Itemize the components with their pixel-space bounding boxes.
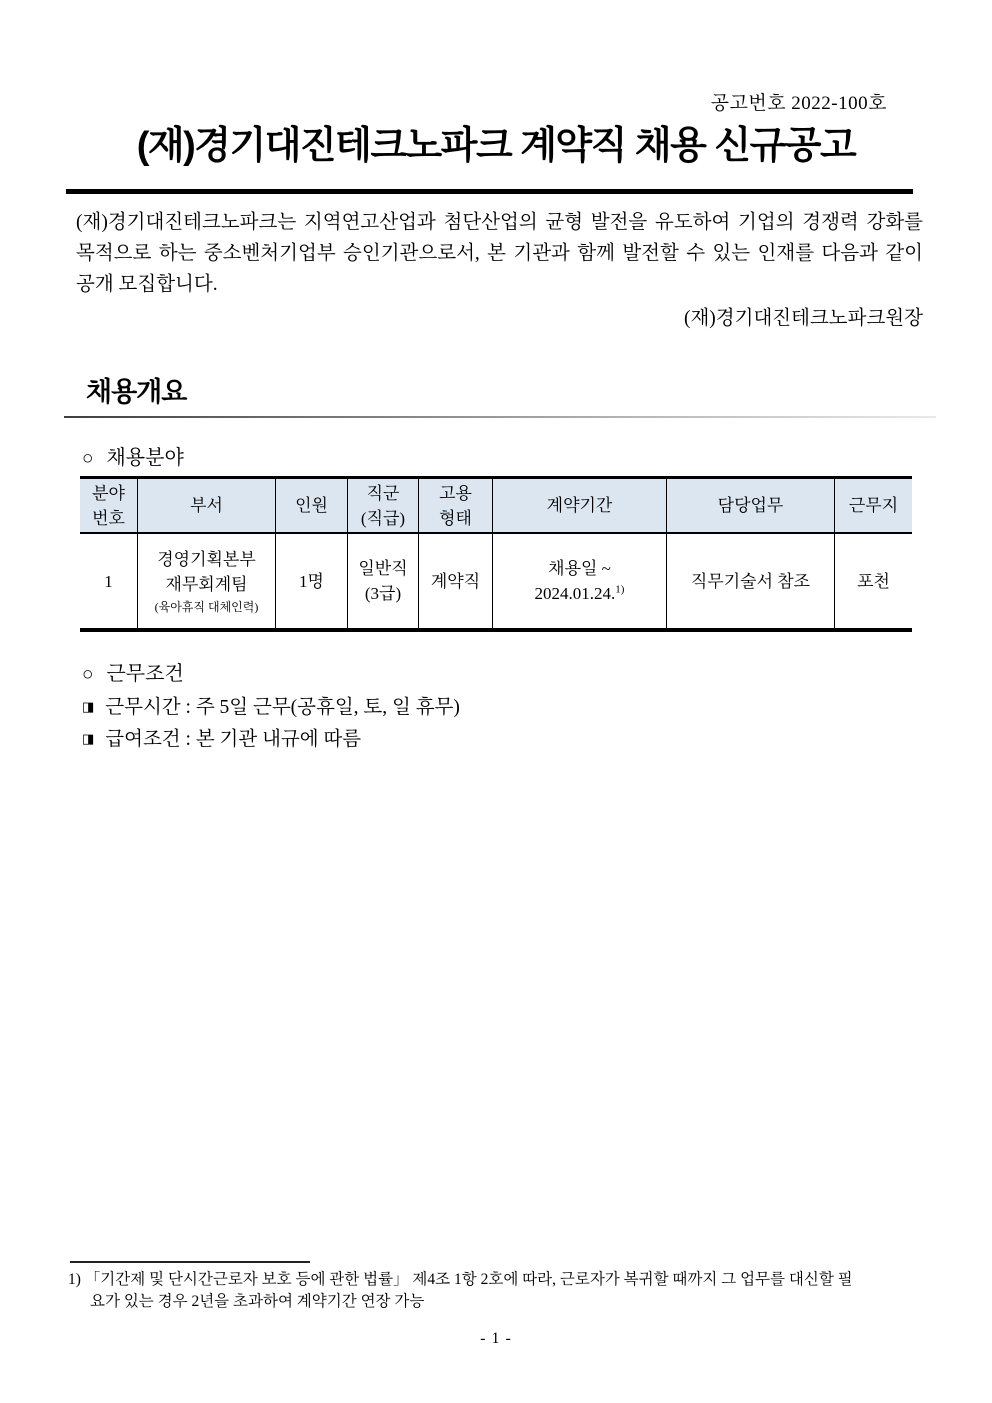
- col-header-department: 부서: [138, 479, 276, 534]
- work-condition-item-hours: ◨근무시간 : 주 5일 근무(공휴일, 토, 일 휴무): [82, 691, 460, 719]
- page-number: - 1 -: [0, 1330, 992, 1348]
- cell-work-location: 포천: [835, 534, 912, 628]
- cell-duty: 직무기술서 참조: [667, 534, 835, 628]
- footnote-separator-rule: [70, 1261, 310, 1263]
- work-condition-item-pay: ◨급여조건 : 본 기관 내규에 따름: [82, 723, 361, 751]
- col-header-employment-type: 고용 형태: [419, 479, 493, 534]
- document-page: 공고번호 2022-100호 (재)경기대진테크노파크 계약직 채용 신규공고 …: [0, 0, 992, 1403]
- section-heading-recruit-overview: 채용개요: [86, 370, 186, 409]
- subsection-work-conditions-label: 근무조건: [106, 663, 183, 685]
- subsection-recruit-fields: ○채용분야: [82, 441, 184, 470]
- cell-department: 경영기획본부 재무회계팀 (육아휴직 대체인력): [138, 534, 276, 628]
- subsection-work-conditions: ○근무조건: [82, 657, 184, 686]
- circle-marker-icon: ○: [82, 664, 93, 685]
- title-divider-rule: [66, 189, 913, 194]
- col-header-job-group: 직군 (직급): [348, 479, 419, 534]
- cell-job-group: 일반직 (3급): [348, 534, 419, 628]
- footnote: 1) 「기간제 및 단시간근로자 보호 등에 관한 법률」 제4조 1항 2호에…: [68, 1269, 948, 1313]
- signature-line: (재)경기대진테크노파크원장: [76, 302, 923, 330]
- col-header-field-no: 분야 번호: [80, 479, 138, 534]
- cell-department-note: (육아휴직 대체인력): [155, 599, 259, 616]
- subsection-recruit-fields-label: 채용분야: [106, 447, 183, 469]
- col-header-work-location: 근무지: [835, 479, 912, 534]
- half-filled-square-bullet-icon: ◨: [82, 699, 94, 714]
- notice-number: 공고번호 2022-100호: [711, 88, 887, 115]
- cell-contract-period: 채용일 ~ 2024.01.24.1): [493, 534, 667, 628]
- col-header-contract-period: 계약기간: [493, 479, 667, 534]
- footnote-number: 1): [68, 1271, 81, 1288]
- half-filled-square-bullet-icon: ◨: [82, 731, 94, 746]
- col-header-headcount: 인원: [276, 479, 348, 534]
- cell-field-no: 1: [80, 534, 138, 628]
- cell-employment-type: 계약직: [419, 534, 493, 628]
- footnote-reference: 1): [615, 583, 624, 595]
- document-title: (재)경기대진테크노파크 계약직 채용 신규공고: [40, 114, 952, 169]
- col-header-duty: 담당업무: [667, 479, 835, 534]
- recruit-table: 분야 번호 부서 인원 직군 (직급) 고용 형태 계약기간 담당업무 근무지: [80, 476, 912, 632]
- section-underline: [64, 416, 936, 418]
- intro-paragraph: (재)경기대진테크노파크는 지역연고산업과 첨단산업의 균형 발전을 유도하여 …: [76, 207, 923, 300]
- cell-headcount: 1명: [276, 534, 348, 628]
- circle-marker-icon: ○: [82, 448, 93, 469]
